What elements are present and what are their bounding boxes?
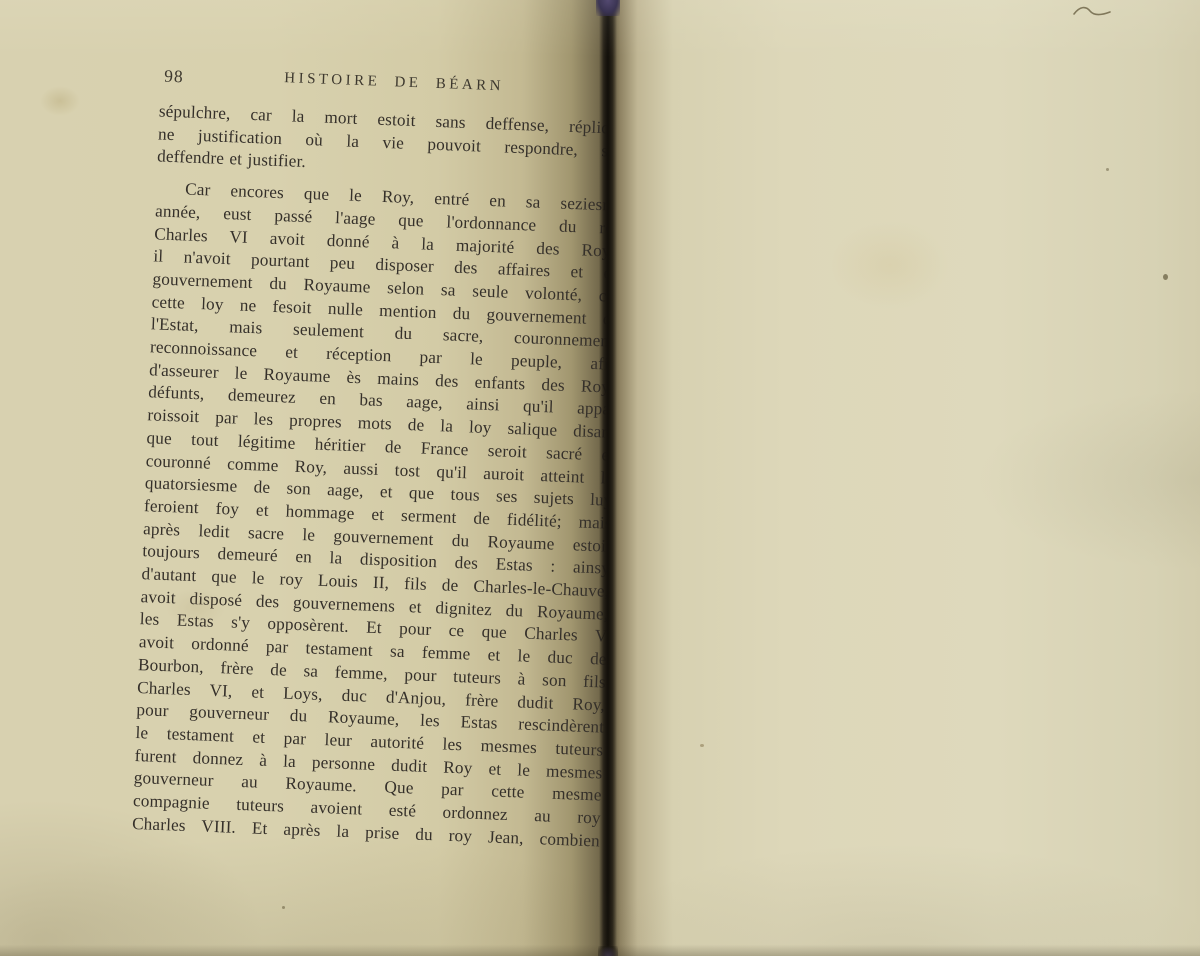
left-page-content: 98 HISTOIRE DE BÉARN sépulchre, car la m…	[132, 65, 629, 853]
paragraph: sépulchre, car la mort estoit sans deffe…	[157, 100, 627, 186]
left-page-header: 98 HISTOIRE DE BÉARN	[160, 65, 628, 105]
binding-headband-bottom	[598, 946, 618, 956]
left-page: 98 HISTOIRE DE BÉARN sépulchre, car la m…	[0, 0, 608, 956]
left-running-title: HISTOIRE DE BÉARN	[160, 65, 628, 100]
binding-headband-top	[596, 0, 620, 16]
open-book-photo: 98 HISTOIRE DE BÉARN sépulchre, car la m…	[0, 0, 1200, 956]
left-page-text: sépulchre, car la mort estoit sans deffe…	[132, 100, 627, 853]
right-page: ET NAVARRE. 99 que monsieur le Dauphin, …	[608, 0, 1200, 956]
left-page-number: 98	[164, 66, 184, 88]
paragraph: Car encores que le Roy, entré en sa sezi…	[132, 178, 624, 853]
fiber-mark	[1072, 2, 1118, 24]
book-gutter	[599, 0, 617, 956]
